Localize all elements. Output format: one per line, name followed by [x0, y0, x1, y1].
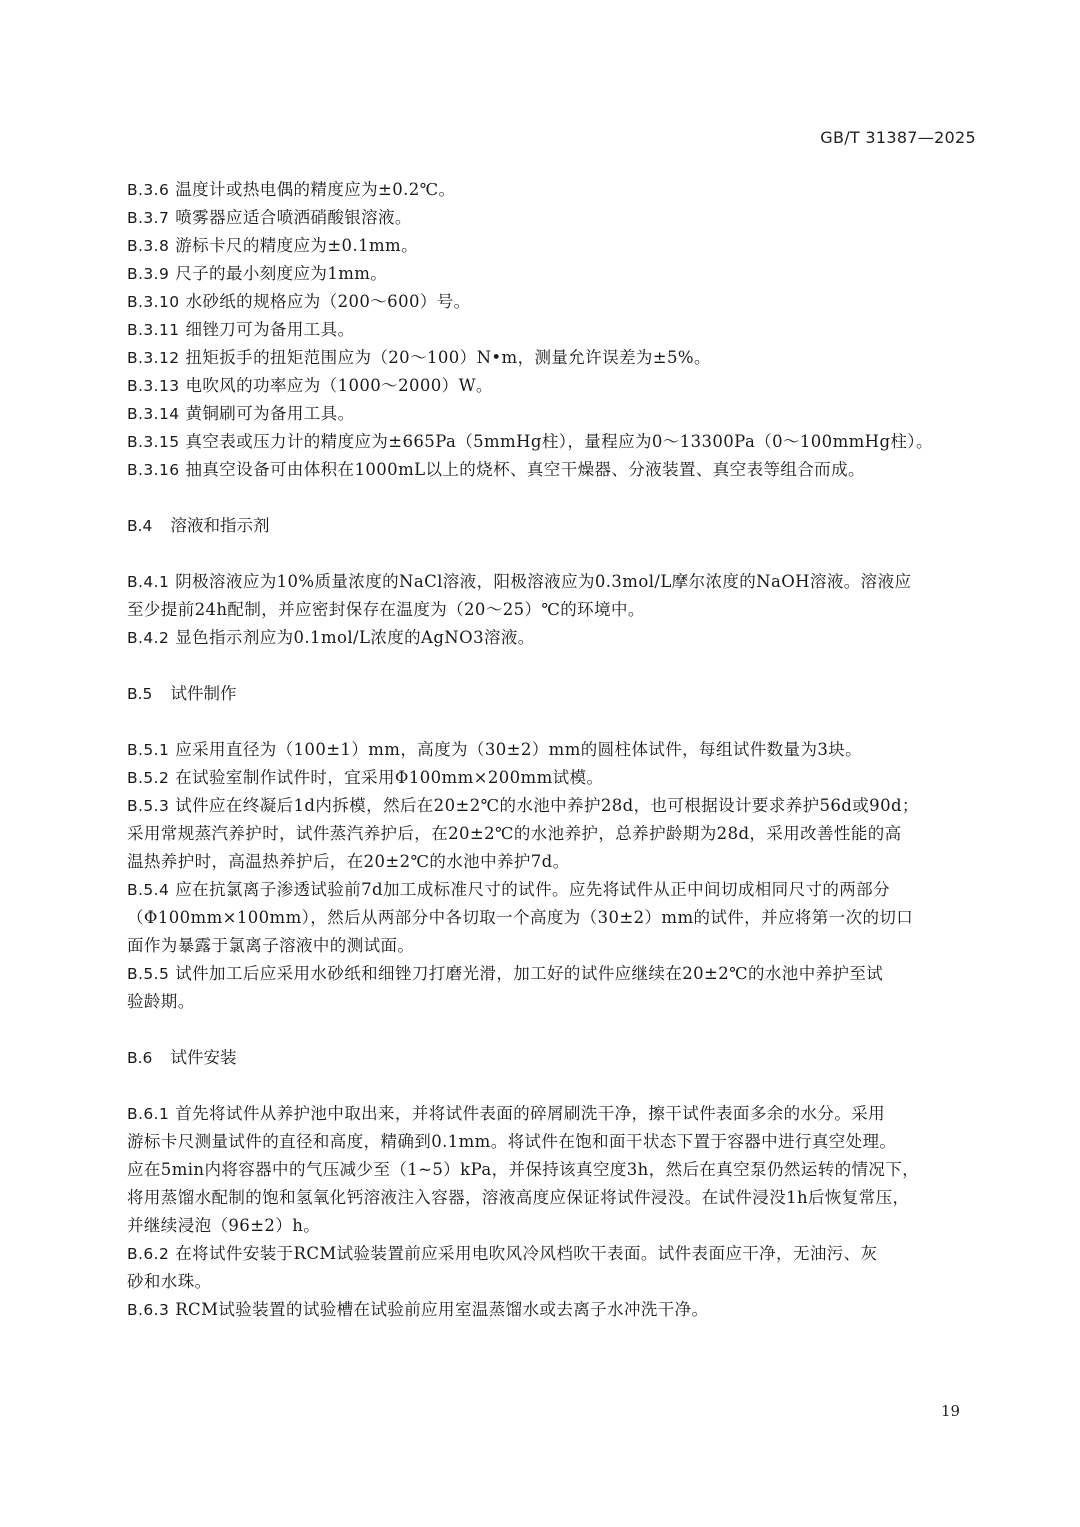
clause-b3-14: B.3.14黄铜刷可为备用工具。 — [127, 400, 979, 428]
clause-b4-2: B.4.2显色指示剂应为0.1mol/L浓度的AgNO3溶液。 — [127, 624, 979, 652]
section-heading-b4: B.4溶液和指示剂 — [127, 512, 979, 540]
clause-b5-4-cont: （Φ100mm×100mm），然后从两部分中各切取一个高度为（30±2）mm的试… — [127, 904, 979, 932]
clause-b5-1: B.5.1应采用直径为（100±1）mm，高度为（30±2）mm的圆柱体试件，每… — [127, 736, 979, 764]
clause-b3-11: B.3.11细锉刀可为备用工具。 — [127, 316, 979, 344]
clause-b3-15: B.3.15真空表或压力计的精度应为±665Pa（5mmHg柱），量程应为0～1… — [127, 428, 979, 456]
clause-b5-3-cont: 温热养护时，高温热养护后，在20±2℃的水池中养护7d。 — [127, 848, 979, 876]
clause-b6-1: B.6.1首先将试件从养护池中取出来，并将试件表面的碎屑刷洗干净，擦干试件表面多… — [127, 1100, 979, 1128]
clause-b3-16: B.3.16抽真空设备可由体积在1000mL以上的烧杯、真空干燥器、分液装置、真… — [127, 456, 979, 484]
page-number: 19 — [941, 1402, 960, 1420]
clause-b6-2: B.6.2在将试件安装于RCM试验装置前应采用电吹风冷风档吹干表面。试件表面应干… — [127, 1240, 979, 1268]
clause-b3-8: B.3.8游标卡尺的精度应为±0.1mm。 — [127, 232, 979, 260]
clause-b6-3: B.6.3RCM试验装置的试验槽在试验前应用室温蒸馏水或去离子水冲洗干净。 — [127, 1296, 979, 1324]
clause-b3-12: B.3.12扭矩扳手的扭矩范围应为（20～100）N•m，测量允许误差为±5%。 — [127, 344, 979, 372]
document-body: B.3.6温度计或热电偶的精度应为±0.2℃。 B.3.7喷雾器应适合喷洒硝酸银… — [127, 176, 979, 1324]
clause-b4-1: B.4.1阴极溶液应为10%质量浓度的NaCl溶液，阳极溶液应为0.3mol/L… — [127, 568, 979, 596]
section-heading-b6: B.6试件安装 — [127, 1044, 979, 1072]
clause-b3-9: B.3.9尺子的最小刻度应为1mm。 — [127, 260, 979, 288]
clause-b6-1-cont: 应在5min内将容器中的气压减少至（1~5）kPa，并保持该真空度3h，然后在真… — [127, 1156, 979, 1184]
clause-b5-4-cont: 面作为暴露于氯离子溶液中的测试面。 — [127, 932, 979, 960]
clause-b4-1-cont: 至少提前24h配制，并应密封保存在温度为（20～25）℃的环境中。 — [127, 596, 979, 624]
clause-b5-3-cont: 采用常规蒸汽养护时，试件蒸汽养护后，在20±2℃的水池养护，总养护龄期为28d，… — [127, 820, 979, 848]
clause-b5-5-cont: 验龄期。 — [127, 988, 979, 1016]
clause-b5-3: B.5.3试件应在终凝后1d内拆模，然后在20±2℃的水池中养护28d，也可根据… — [127, 792, 979, 820]
document-page: GB/T 31387—2025 B.3.6温度计或热电偶的精度应为±0.2℃。 … — [0, 0, 1080, 1527]
clause-b5-2: B.5.2在试验室制作试件时，宜采用Φ100mm×200mm试模。 — [127, 764, 979, 792]
standard-code: GB/T 31387—2025 — [820, 128, 976, 147]
clause-b6-2-cont: 砂和水珠。 — [127, 1268, 979, 1296]
clause-b5-5: B.5.5试件加工后应采用水砂纸和细锉刀打磨光滑，加工好的试件应继续在20±2℃… — [127, 960, 979, 988]
clause-b3-10: B.3.10水砂纸的规格应为（200～600）号。 — [127, 288, 979, 316]
clause-b3-6: B.3.6温度计或热电偶的精度应为±0.2℃。 — [127, 176, 979, 204]
section-b3-clauses: B.3.6温度计或热电偶的精度应为±0.2℃。 B.3.7喷雾器应适合喷洒硝酸银… — [127, 176, 979, 484]
clause-b5-4: B.5.4应在抗氯离子渗透试验前7d加工成标准尺寸的试件。应先将试件从正中间切成… — [127, 876, 979, 904]
clause-b3-7: B.3.7喷雾器应适合喷洒硝酸银溶液。 — [127, 204, 979, 232]
section-heading-b5: B.5试件制作 — [127, 680, 979, 708]
clause-b3-13: B.3.13电吹风的功率应为（1000～2000）W。 — [127, 372, 979, 400]
clause-b6-1-cont: 将用蒸馏水配制的饱和氢氧化钙溶液注入容器，溶液高度应保证将试件浸没。在试件浸没1… — [127, 1184, 979, 1212]
clause-b6-1-cont: 游标卡尺测量试件的直径和高度，精确到0.1mm。将试件在饱和面干状态下置于容器中… — [127, 1128, 979, 1156]
clause-b6-1-cont: 并继续浸泡（96±2）h。 — [127, 1212, 979, 1240]
